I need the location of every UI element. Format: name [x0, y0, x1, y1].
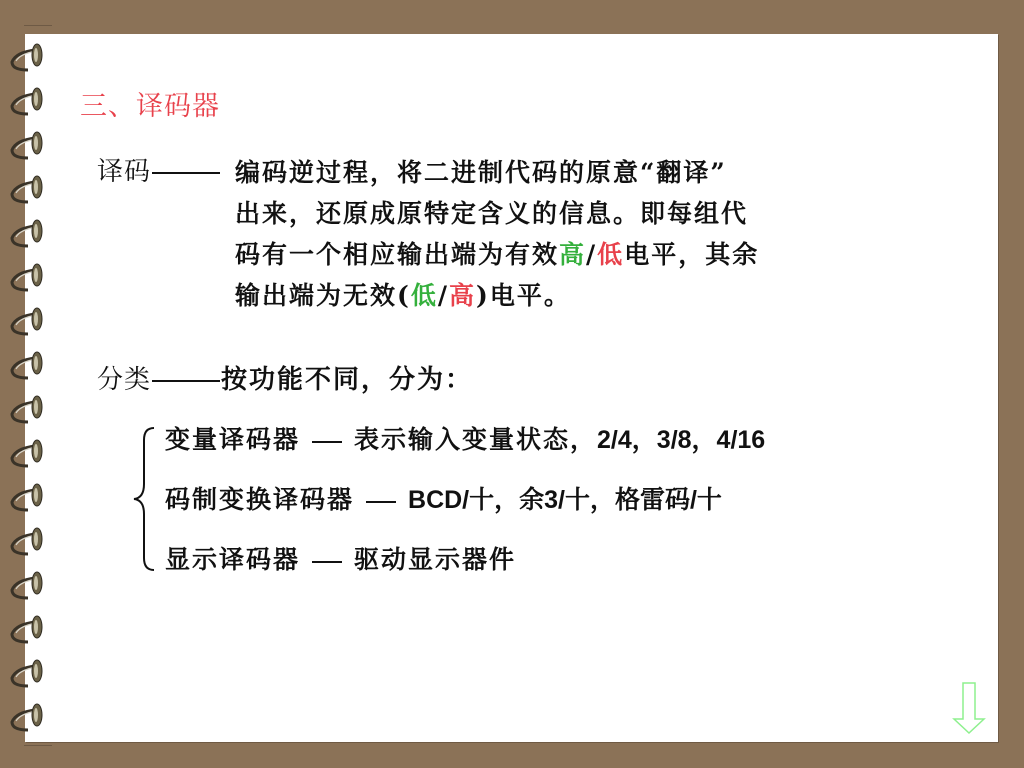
binding-ring-icon [6, 38, 46, 74]
binding-ring-icon [6, 346, 46, 382]
page-corner-line-top [24, 25, 52, 26]
binding-ring-icon [6, 610, 46, 646]
definition-line: 出来，还原成原特定含义的信息。即每组代 [235, 193, 759, 234]
binding-ring-icon [6, 654, 46, 690]
down-arrow-icon[interactable] [952, 681, 986, 735]
definition-text: 编码逆过程，将二进制代码的原意“翻译”出来，还原成原特定含义的信息。即每组代码有… [235, 152, 759, 316]
binding-ring-icon [6, 522, 46, 558]
item-name: 显示译码器 [165, 545, 300, 574]
item-desc: 表示输入变量状态， [354, 425, 597, 454]
binding-ring-icon [6, 478, 46, 514]
page-corner-line-bottom [24, 745, 52, 746]
binding-ring-icon [6, 214, 46, 250]
binding-ring-icon [6, 302, 46, 338]
item-desc-latin: 2/4，3/8，4/16 [597, 426, 765, 454]
dash [366, 501, 396, 503]
text-run: / [438, 281, 449, 310]
classification-intro: 按功能不同，分为： [221, 365, 473, 395]
dash [312, 561, 342, 563]
slide-title: 三、译码器 [80, 84, 220, 123]
binding-ring-icon [6, 126, 46, 162]
long-dash [152, 172, 220, 174]
binding-ring-icon [6, 698, 46, 734]
decoder-type-code-conversion: 码制变换译码器BCD/十，余3/十，格雷码/十 [165, 480, 722, 516]
text-run: 输出端为无效( [235, 281, 411, 310]
curly-brace-icon [130, 426, 160, 572]
binding-ring-icon [6, 82, 46, 118]
decoder-type-variable: 变量译码器表示输入变量状态，2/4，3/8，4/16 [165, 420, 765, 456]
binding-ring-icon [6, 390, 46, 426]
level-low-text: 低 [597, 240, 624, 269]
item-desc-latin: BCD/十，余3/十，格雷码/十 [408, 486, 722, 514]
dash [312, 441, 342, 443]
level-high-text: 低 [411, 281, 438, 310]
definition-line: 码有一个相应输出端为有效高/低电平，其余 [235, 234, 759, 275]
binding-ring-icon [6, 566, 46, 602]
binding-ring-icon [6, 258, 46, 294]
level-high-text: 高 [559, 240, 586, 269]
text-run: / [586, 240, 597, 269]
text-run: 电平，其余 [624, 240, 759, 269]
classification-label: 分类 [97, 365, 151, 395]
decoder-type-display: 显示译码器驱动显示器件 [165, 540, 516, 576]
text-run: 编码逆过程，将二进制代码的原意“翻译” [235, 158, 727, 187]
text-run: )电平。 [476, 281, 571, 310]
definition-label-row: 译码 [97, 152, 221, 193]
classification-label-row: 分类按功能不同，分为： [97, 360, 473, 401]
item-name: 码制变换译码器 [165, 485, 354, 514]
binding-ring-icon [6, 170, 46, 206]
item-name: 变量译码器 [165, 425, 300, 454]
definition-line: 输出端为无效(低/高)电平。 [235, 275, 759, 316]
item-desc: 驱动显示器件 [354, 545, 516, 574]
text-run: 码有一个相应输出端为有效 [235, 240, 559, 269]
text-run: 出来，还原成原特定含义的信息。即每组代 [235, 199, 748, 228]
long-dash [152, 380, 220, 382]
level-low-text: 高 [449, 281, 476, 310]
definition-line: 编码逆过程，将二进制代码的原意“翻译” [235, 152, 759, 193]
binding-ring-icon [6, 434, 46, 470]
definition-label: 译码 [97, 157, 151, 187]
